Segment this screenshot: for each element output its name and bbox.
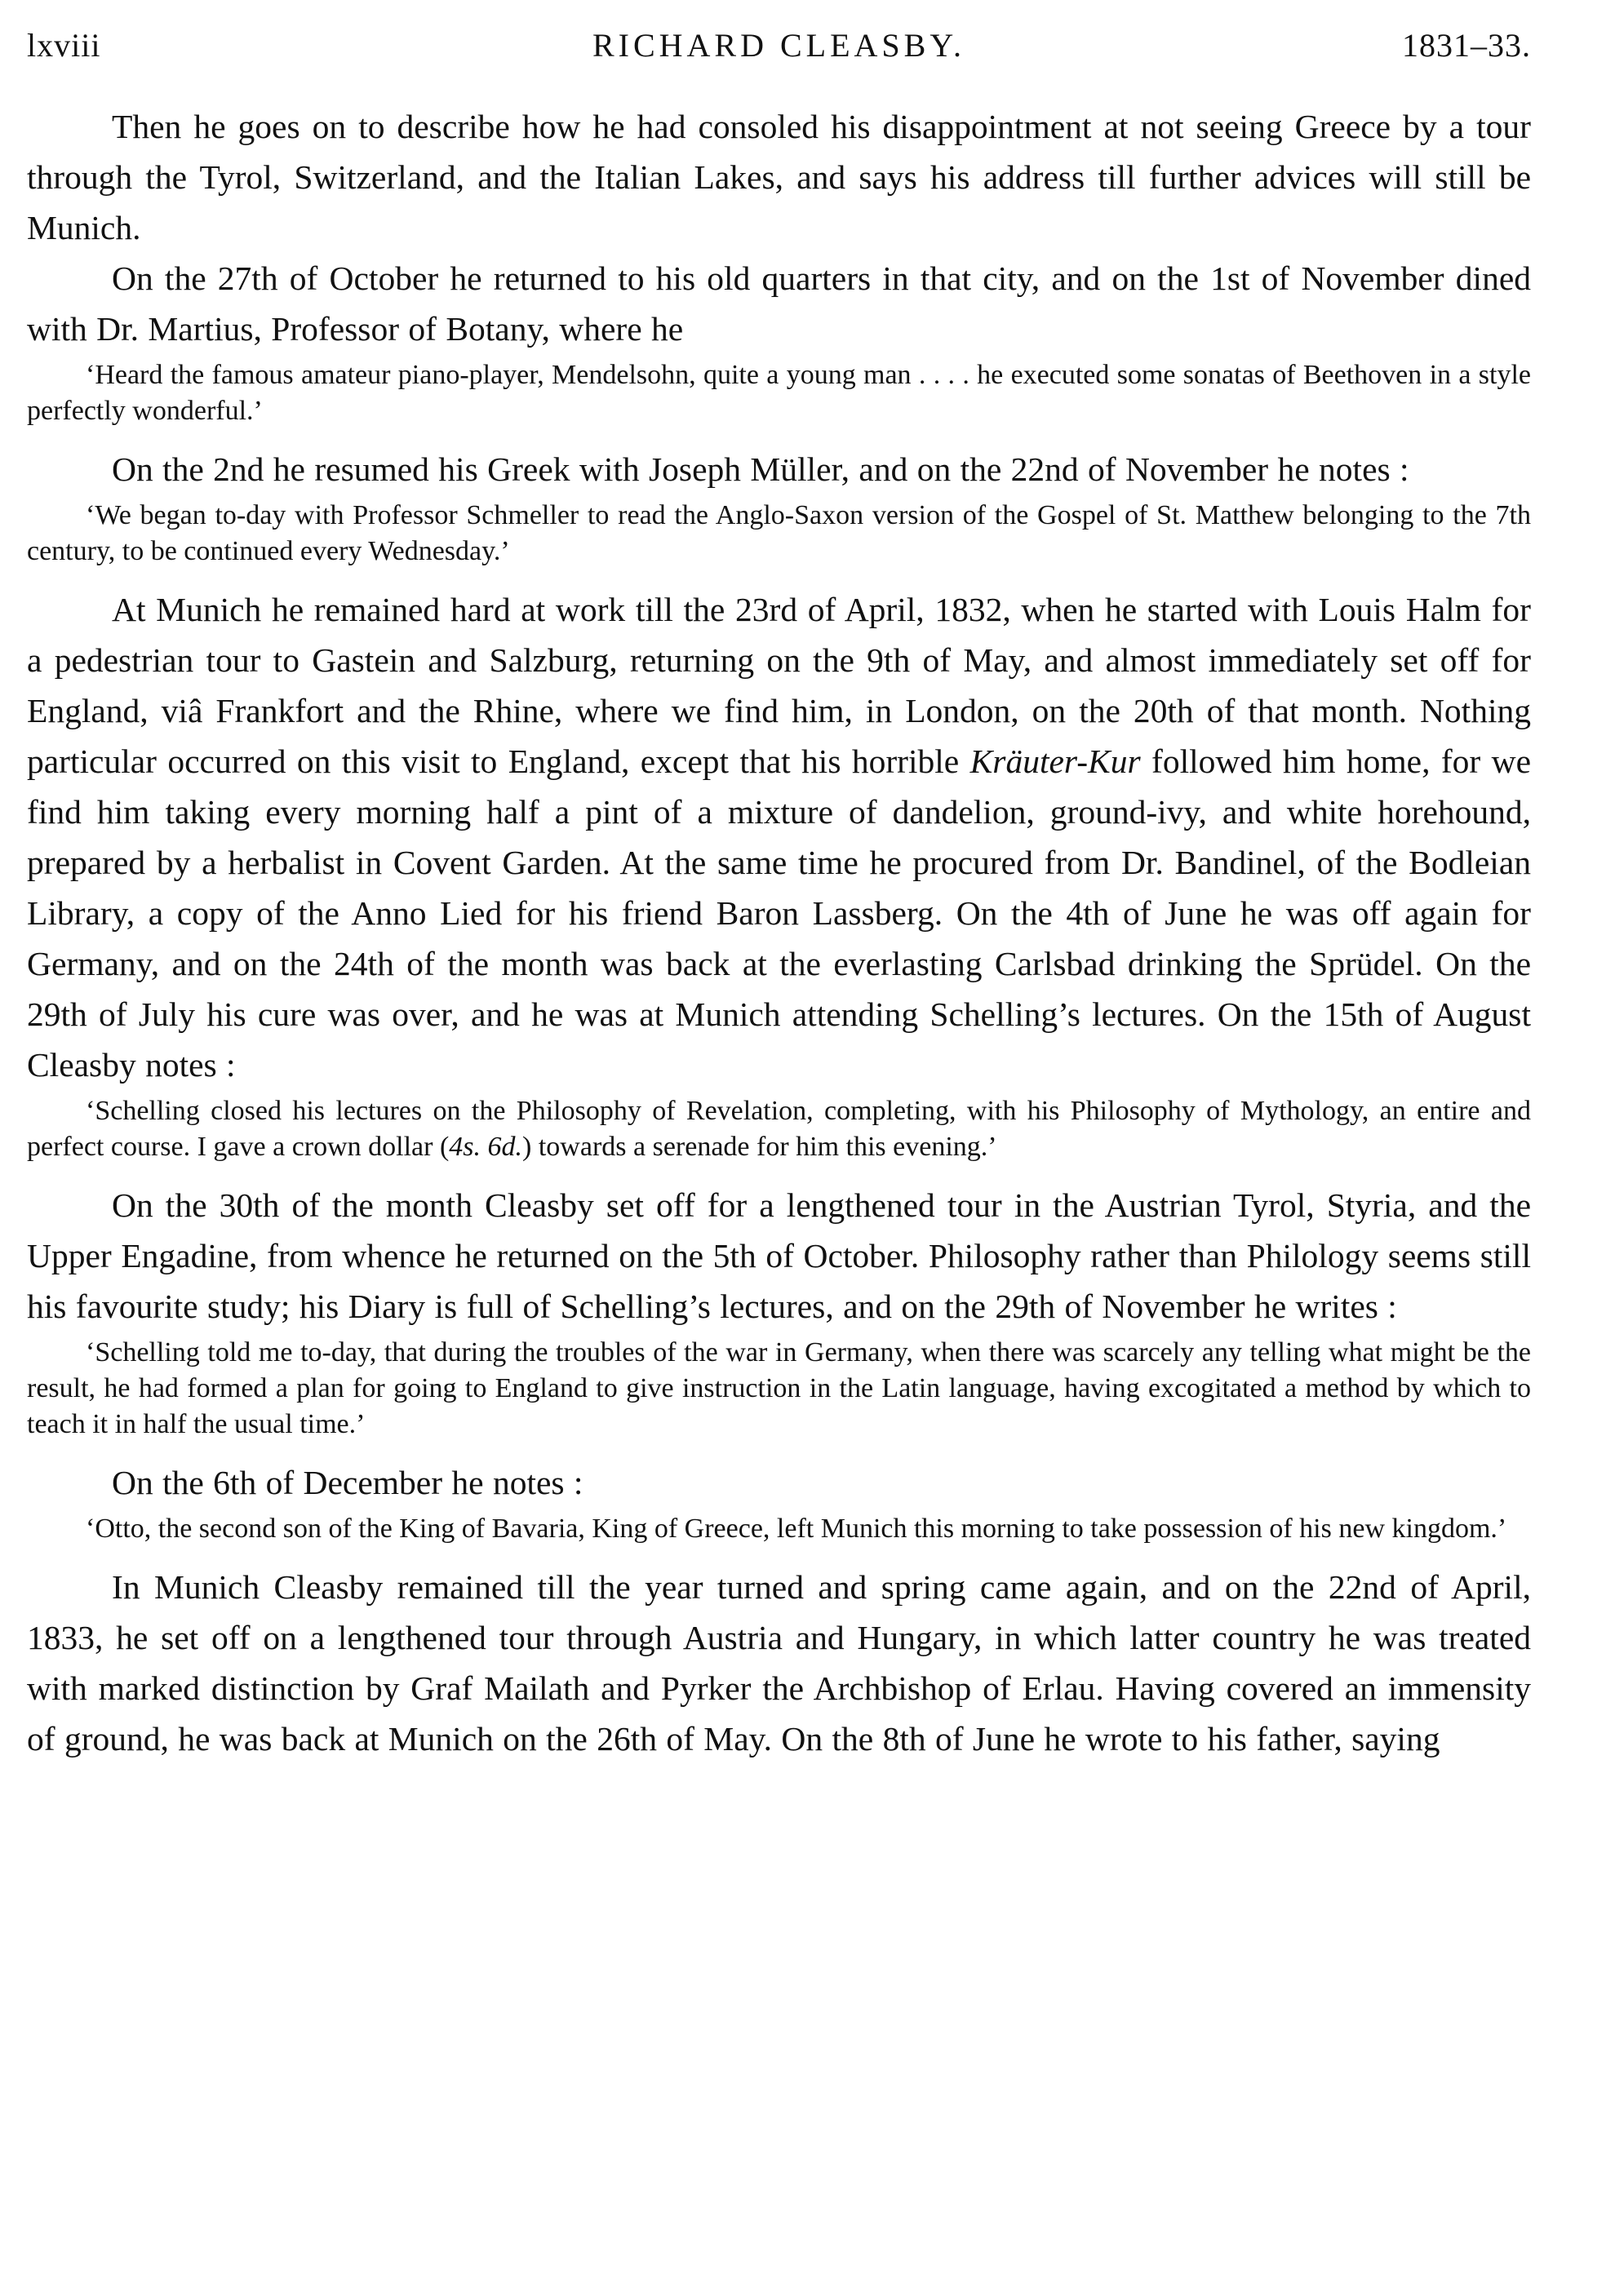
paragraph-2: On the 27th of October he returned to hi… — [27, 253, 1531, 354]
paragraph-4: At Munich he remained hard at work till … — [27, 584, 1531, 1090]
running-head: lxviii RICHARD CLEASBY. 1831–33. — [27, 0, 1531, 82]
quote-mendelsohn: ‘Heard the famous amateur piano-player, … — [27, 357, 1531, 429]
body-text: Then he goes on to describe how he had c… — [27, 82, 1531, 1764]
paragraph-3: On the 2nd he resumed his Greek with Jos… — [27, 444, 1531, 494]
quote-schelling-revelation: ‘Schelling closed his lectures on the Ph… — [27, 1093, 1531, 1165]
book-page: lxviii RICHARD CLEASBY. 1831–33. Then he… — [27, 0, 1531, 1764]
quote-space — [481, 1132, 488, 1162]
quote-schmeller: ‘We began to-day with Professor Schmelle… — [27, 498, 1531, 570]
paragraph-6: On the 6th of December he notes : — [27, 1457, 1531, 1508]
paragraph-4-part-2: followed him home, for we find him takin… — [27, 742, 1531, 1084]
italic-term-krauter-kur: Kräuter-Kur — [970, 742, 1141, 780]
date-range: 1831–33. — [1402, 29, 1531, 62]
italic-shillings: 4s. — [449, 1132, 481, 1162]
paragraph-1: Then he goes on to describe how he had c… — [27, 101, 1531, 253]
paragraph-7: In Munich Cleasby remained till the year… — [27, 1562, 1531, 1764]
running-title: RICHARD CLEASBY. — [27, 29, 1531, 62]
italic-pence: 6d. — [488, 1132, 523, 1162]
quote-schelling-england: ‘Schelling told me to-day, that during t… — [27, 1335, 1531, 1443]
quote-part-2: ) towards a serenade for him this evenin… — [522, 1132, 997, 1162]
paragraph-5: On the 30th of the month Cleasby set off… — [27, 1180, 1531, 1332]
quote-otto: ‘Otto, the second son of the King of Bav… — [27, 1511, 1531, 1547]
